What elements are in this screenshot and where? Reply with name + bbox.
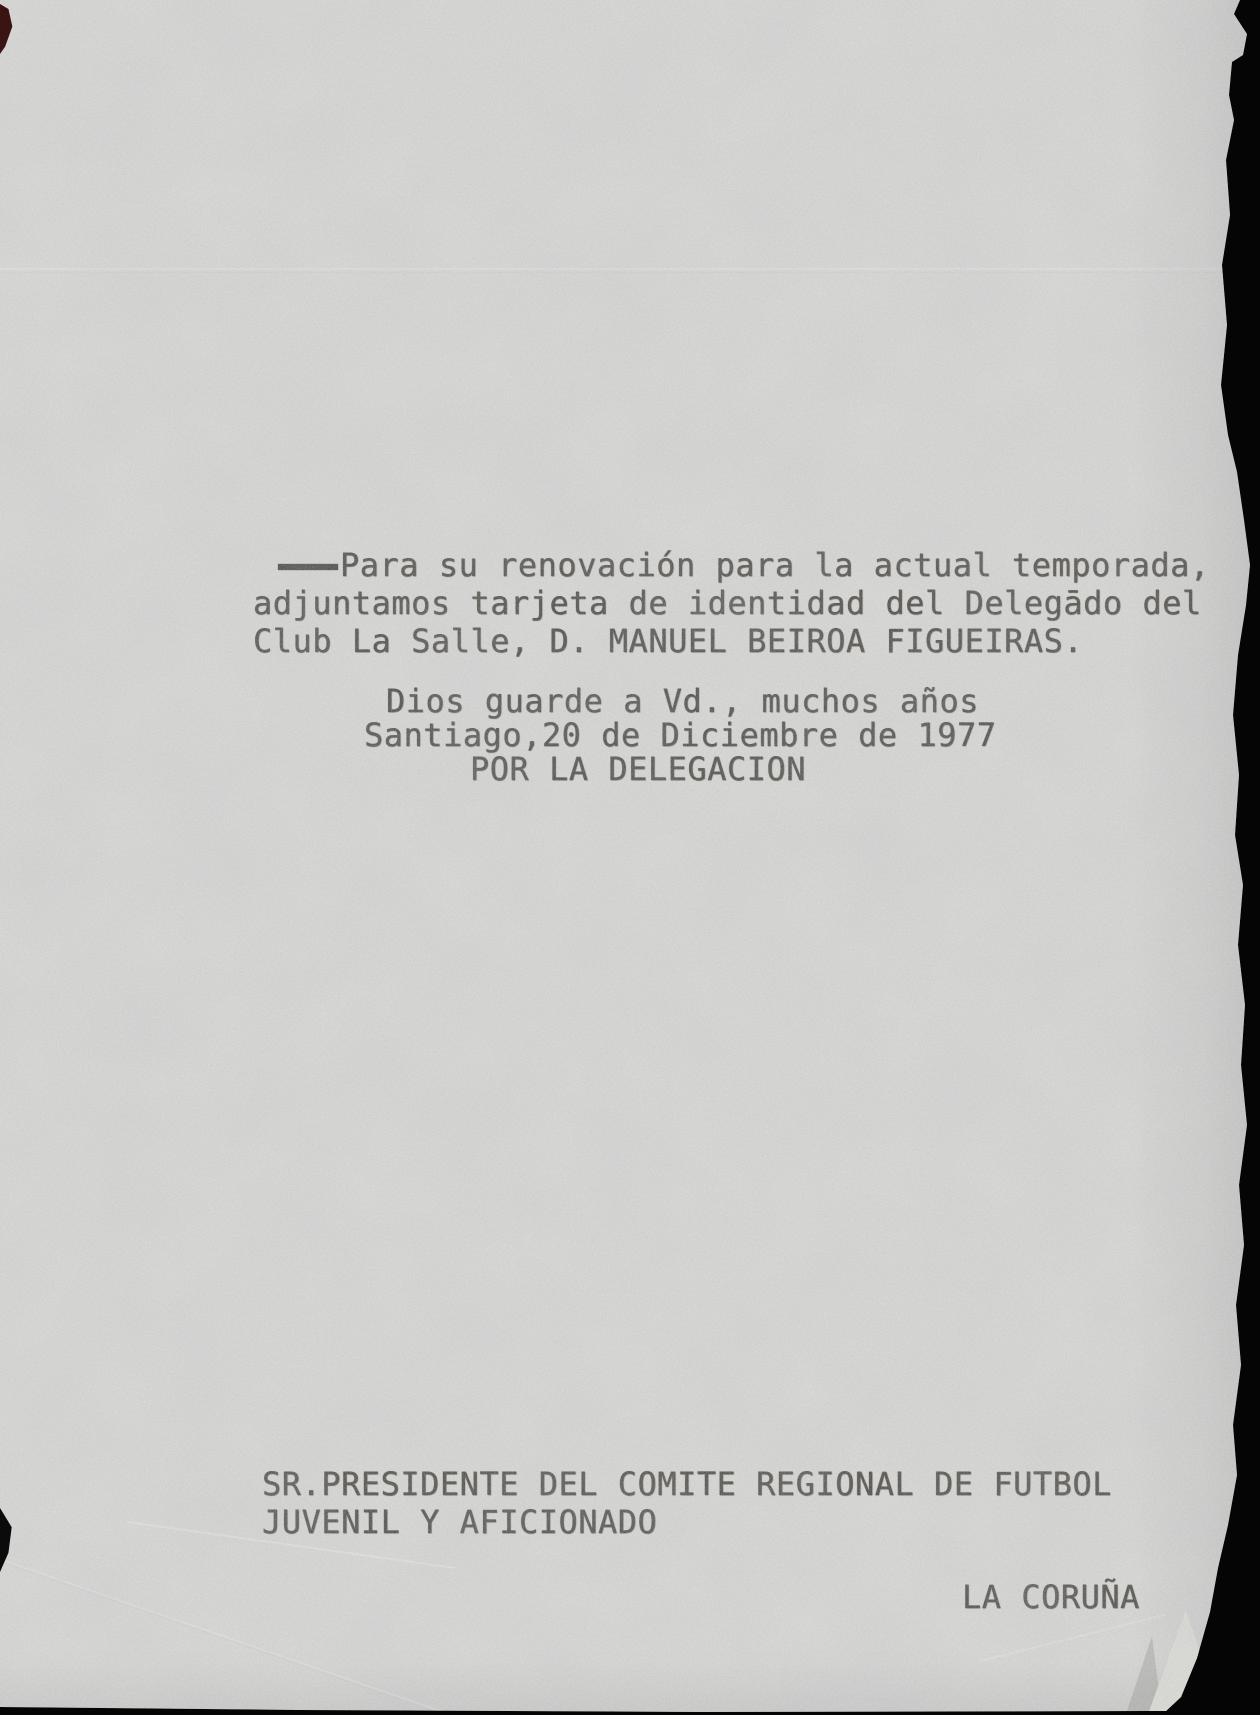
corner-fold-flap (0, 0, 1260, 1715)
paragraph-line-text: Para su renovación para la actual tempor… (340, 546, 1210, 584)
closing-signature-line: POR LA DELEGACION (470, 750, 806, 788)
paragraph-line: Club La Salle, D. MANUEL BEIROA FIGUEIRA… (253, 622, 1210, 660)
corner-fold-shadow (0, 0, 1260, 1715)
addressee-line: SR.PRESIDENTE DEL COMITE REGIONAL DE FUT… (262, 1465, 1112, 1503)
addressee-block: SR.PRESIDENTE DEL COMITE REGIONAL DE FUT… (262, 1465, 1112, 1541)
scanned-letter: ———Para su renovación para la actual tem… (0, 0, 1260, 1715)
horizontal-fold-crease (0, 268, 1260, 273)
paper-grain-texture (0, 0, 1260, 1715)
typed-dash-mark: ——— (278, 564, 338, 570)
bottom-edge-shading (0, 1662, 1260, 1715)
torn-edge-shading (1130, 0, 1260, 1715)
closing-salutation: Dios guarde a Vd., muchos años (386, 682, 979, 720)
city-label: LA CORUÑA (962, 1578, 1140, 1616)
addressee-line: JUVENIL Y AFICIONADO (262, 1503, 1112, 1541)
letter-paper: ———Para su renovación para la actual tem… (0, 0, 1260, 1715)
closing-date-line: Santiago,20 de Diciembre de 1977 (364, 716, 997, 754)
body-paragraph: ———Para su renovación para la actual tem… (253, 546, 1210, 660)
paragraph-line: adjuntamos tarjeta de identidad del Dele… (253, 584, 1210, 622)
paragraph-line: ———Para su renovación para la actual tem… (278, 546, 1210, 584)
